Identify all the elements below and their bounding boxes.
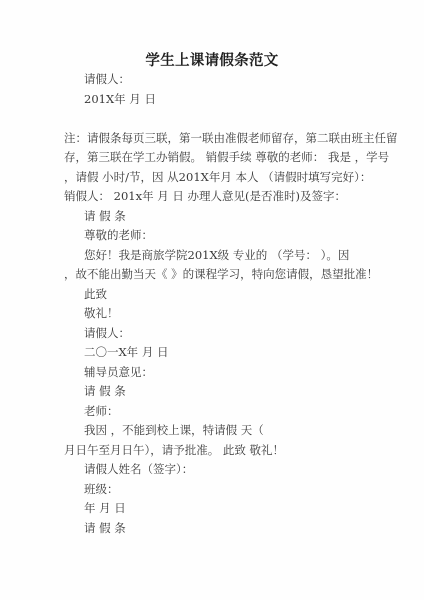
text-line-applicant: 请假人： bbox=[64, 70, 356, 90]
text-line-body-1: 您好！我是商旅学院201X级 专业的 （学号： ）。因 bbox=[64, 246, 356, 266]
text-line-date-2: 二〇一X年 月 日 bbox=[64, 343, 356, 363]
text-line-note-4: 销假人： 201x年 月 日 办理人意见(是否准时)及签字： bbox=[64, 187, 356, 207]
text-line-class: 班级： bbox=[64, 480, 356, 500]
text-line-salutation: 尊敬的老师： bbox=[64, 226, 356, 246]
text-line-body-2: ，故不能出勤当天《 》的课程学习，特向您请假，恳望批准！ bbox=[64, 265, 356, 285]
text-line-body-4: 月日午至月日午），请予批准。 此致 敬礼！ bbox=[64, 441, 356, 461]
text-line-note-2: 存，第三联在学工办销假。 销假手续 尊敬的老师： 我是 ，学号 bbox=[64, 148, 356, 168]
text-line-note-1: 注：请假条每页三联，第一联由准假老师留存，第二联由班主任留 bbox=[64, 129, 356, 149]
text-line-counselor-opinion: 辅导员意见： bbox=[64, 363, 356, 383]
text-line-note-3: ，请假 小时/节，因 从201X年月 本人 （请假时填写完好）： bbox=[64, 168, 356, 188]
text-line-closing-2: 敬礼！ bbox=[64, 304, 356, 324]
text-line-closing-1: 此致 bbox=[64, 285, 356, 305]
text-line-signature: 请假人姓名（签字）： bbox=[64, 460, 356, 480]
section-heading-leave-note-3: 请 假 条 bbox=[64, 519, 356, 539]
document-page: 学生上课请假条范文 请假人： 201X年 月 日 注：请假条每页三联，第一联由准… bbox=[0, 0, 424, 600]
blank-line bbox=[64, 109, 356, 129]
text-line-date: 201X年 月 日 bbox=[64, 90, 356, 110]
text-line-body-3: 我因 ，不能到校上课，特请假 天（ bbox=[64, 421, 356, 441]
document-body: 请假人： 201X年 月 日 注：请假条每页三联，第一联由准假老师留存，第二联由… bbox=[64, 70, 356, 538]
text-line-applicant-2: 请假人： bbox=[64, 324, 356, 344]
text-line-date-3: 年 月 日 bbox=[64, 499, 356, 519]
section-heading-leave-note: 请 假 条 bbox=[64, 207, 356, 227]
text-line-salutation-2: 老师： bbox=[64, 402, 356, 422]
section-heading-leave-note-2: 请 假 条 bbox=[64, 382, 356, 402]
document-title: 学生上课请假条范文 bbox=[0, 49, 424, 70]
